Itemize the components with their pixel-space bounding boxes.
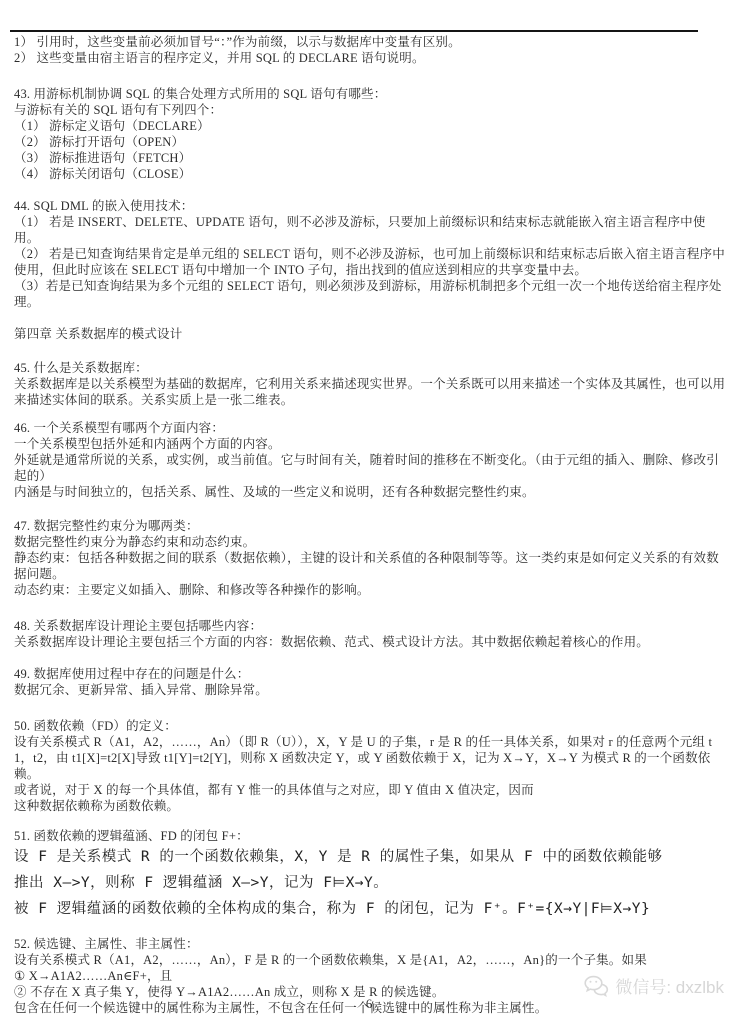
question-47: 47. 数据完整性约束分为哪两类： 数据完整性约束分为静态约束和动态约束。 静态… [14,518,728,598]
text-line: 关系数据库设计理论主要包括三个方面的内容：数据依赖、范式、模式设计方法。其中数据… [14,634,728,650]
text-line: 设有关系模式 R（A1，A2，……，An）（即 R（U）），X，Y 是 U 的子… [14,734,728,782]
question-49: 49. 数据库使用过程中存在的问题是什么： 数据冗余、更新异常、插入异常、删除异… [14,666,728,698]
question-heading: 44. SQL DML 的嵌入使用技术： [14,198,728,214]
question-heading: 48. 关系数据库设计理论主要包括哪些内容： [14,618,728,634]
question-48: 48. 关系数据库设计理论主要包括哪些内容： 关系数据库设计理论主要包括三个方面… [14,618,728,650]
question-heading: 51. 函数依赖的逻辑蕴涵、FD 的闭包 F+： [14,828,728,844]
text-line: 设有关系模式 R（A1，A2，……，An），F 是 R 的一个函数依赖集，X 是… [14,952,728,968]
watermark-text: 微信号: dxzlbk [615,973,724,998]
question-44: 44. SQL DML 的嵌入使用技术： （1） 若是 INSERT、DELET… [14,198,728,310]
question-heading: 43. 用游标机制协调 SQL 的集合处理方式所用的 SQL 语句有哪些： [14,86,728,102]
list-item: （1） 游标定义语句（DECLARE） [14,118,728,134]
page-number: 6 [0,997,738,1012]
question-heading: 47. 数据完整性约束分为哪两类： [14,518,728,534]
text-line: 动态约束：主要定义如插入、删除、和修改等各种操作的影响。 [14,582,728,598]
question-45: 45. 什么是关系数据库： 关系数据库是以关系模型为基础的数据库，它利用关系来描… [14,360,728,408]
watermark: 微信号: dxzlbk [583,973,724,998]
text-line: 内涵是与时间独立的，包括关系、属性、及域的一些定义和说明，还有各种数据完整性约束… [14,484,728,500]
intro-section: 1） 引用时，这些变量前必须加冒号“：”作为前缀，以示与数据库中变量有区别。 2… [14,34,728,66]
text-line: 这种数据依赖称为函数依赖。 [14,798,728,814]
text-line: 或者说，对于 X 的每一个具体值，都有 Y 惟一的具体值与之对应，即 Y 值由 … [14,782,728,798]
question-43: 43. 用游标机制协调 SQL 的集合处理方式所用的 SQL 语句有哪些： 与游… [14,86,728,182]
text-line: 与游标有关的 SQL 语句有下列四个： [14,102,728,118]
wechat-icon [583,975,609,997]
question-51: 51. 函数依赖的逻辑蕴涵、FD 的闭包 F+： 设 F 是关系模式 R 的一个… [14,828,728,922]
page-content: 1） 引用时，这些变量前必须加冒号“：”作为前缀，以示与数据库中变量有区别。 2… [0,32,738,1016]
question-heading: 52. 候选键、主属性、非主属性： [14,936,728,952]
text-line: 2） 这些变量由宿主语言的程序定义，并用 SQL 的 DECLARE 语句说明。 [14,50,728,66]
chapter-heading: 第四章 关系数据库的模式设计 [14,326,728,342]
text-line: 数据完整性约束分为静态约束和动态约束。 [14,534,728,550]
question-46: 46. 一个关系模型有哪两个方面内容： 一个关系模型包括外延和内涵两个方面的内容… [14,420,728,500]
question-51-body: 设 F 是关系模式 R 的一个函数依赖集，X，Y 是 R 的属性子集，如果从 F… [14,844,728,922]
text-line: 一个关系模型包括外延和内涵两个方面的内容。 [14,436,728,452]
text-line: 数据冗余、更新异常、插入异常、删除异常。 [14,682,728,698]
question-heading: 49. 数据库使用过程中存在的问题是什么： [14,666,728,682]
list-item: （3） 游标推进语句（FETCH） [14,150,728,166]
question-heading: 45. 什么是关系数据库： [14,360,728,376]
text-line: 1） 引用时，这些变量前必须加冒号“：”作为前缀，以示与数据库中变量有区别。 [14,34,728,50]
text-line: 外延就是通常所说的关系，或实例，或当前值。它与时间有关，随着时间的推移在不断变化… [14,452,728,484]
chapter-title: 第四章 关系数据库的模式设计 [14,326,728,342]
text-line: 静态约束：包括各种数据之间的联系（数据依赖），主键的设计和关系值的各种限制等等。… [14,550,728,582]
text-line: 被 F 逻辑蕴涵的函数依赖的全体构成的集合，称为 F 的闭包，记为 F⁺。F⁺=… [14,896,728,922]
text-line: 设 F 是关系模式 R 的一个函数依赖集，X，Y 是 R 的属性子集，如果从 F… [14,844,728,870]
question-heading: 50. 函数依赖（FD）的定义： [14,718,728,734]
list-item: （1） 若是 INSERT、DELETE、UPDATE 语句，则不必涉及游标，只… [14,214,728,246]
question-heading: 46. 一个关系模型有哪两个方面内容： [14,420,728,436]
list-item: （2） 若是已知查询结果肯定是单元组的 SELECT 语句，则不必涉及游标，也可… [14,246,728,278]
text-line: 关系数据库是以关系模型为基础的数据库，它利用关系来描述现实世界。一个关系既可以用… [14,376,728,408]
question-50: 50. 函数依赖（FD）的定义： 设有关系模式 R（A1，A2，……，An）（即… [14,718,728,814]
text-line: 推出 X—>Y，则称 F 逻辑蕴涵 X—>Y，记为 F⊨X→Y。 [14,870,728,896]
document-page: 1） 引用时，这些变量前必须加冒号“：”作为前缀，以示与数据库中变量有区别。 2… [0,0,738,1018]
list-item: （2） 游标打开语句（OPEN） [14,134,728,150]
list-item: （4） 游标关闭语句（CLOSE） [14,166,728,182]
list-item: （3）若是已知查询结果为多个元组的 SELECT 语句，则必须涉及到游标，用游标… [14,278,728,310]
